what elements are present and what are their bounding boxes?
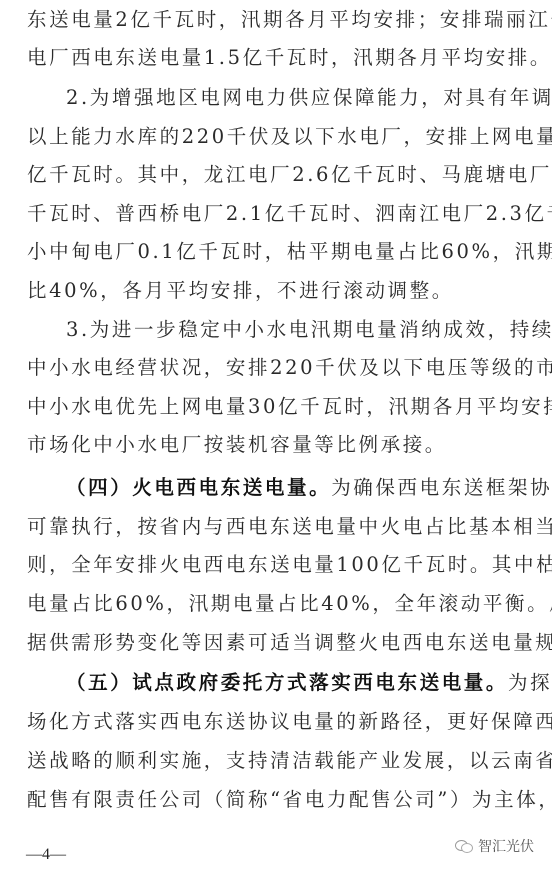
text-line: 东送电量2亿千瓦时，汛期各月平均安排；安排瑞丽江一级 — [27, 8, 523, 32]
text-line: 市场化中小水电厂按装机容量等比例承接。 — [27, 433, 523, 457]
text-line: 中小水电经营状况，安排220千伏及以下电压等级的市场化 — [27, 356, 523, 380]
watermark: 智汇光伏 — [455, 836, 534, 856]
text-line: 则，全年安排火电西电东送电量100亿千瓦时。其中枯平期 — [27, 553, 523, 577]
text-line: 千瓦时、普西桥电厂2.1亿千瓦时、泗南江电厂2.3亿千瓦时、 — [27, 202, 523, 226]
line-text: 3.为进一步稳定中小水电汛期电量消纳成效，持续改善 — [66, 318, 552, 341]
line-text: 中小水电优先上网电量30亿千瓦时，汛期各月平均安排，各 — [27, 395, 552, 418]
section-heading-4: （四）火电西电东送电量。 — [66, 476, 331, 499]
line-text: 小中甸电厂0.1亿千瓦时，枯平期电量占比60%，汛期电量占 — [27, 240, 552, 263]
line-text: 电量占比60%，汛期电量占比40%，全年滚动平衡。后续根 — [27, 592, 552, 615]
line-text: 据供需形势变化等因素可适当调整火电西电东送电量规模。 — [27, 631, 552, 654]
text-line: 配售有限责任公司（简称“省电力配售公司”）为主体，通 — [27, 788, 523, 812]
section-heading-line: （四）火电西电东送电量。为确保西电东送框架协议的 — [66, 476, 523, 500]
text-line: 电厂西电东送电量1.5亿千瓦时，汛期各月平均安排。 — [27, 46, 523, 70]
text-line: 以上能力水库的220千伏及以下水电厂，安排上网电量10.1 — [27, 125, 523, 149]
text-line: 小中甸电厂0.1亿千瓦时，枯平期电量占比60%，汛期电量占 — [27, 240, 523, 264]
line-text: 配售有限责任公司（简称“省电力配售公司”）为主体，通 — [27, 788, 552, 811]
text-line: 场化方式落实西电东送协议电量的新路径，更好保障西电东 — [27, 710, 523, 734]
section-heading-line: （五）试点政府委托方式落实西电东送电量。为探索市 — [66, 671, 523, 695]
text-line: 2.为增强地区电网电力供应保障能力，对具有年调节及 — [66, 86, 523, 110]
line-text: 送战略的顺利实施，支持清洁载能产业发展，以云南省电力 — [27, 749, 552, 772]
text-line: 电量占比60%，汛期电量占比40%，全年滚动平衡。后续根 — [27, 592, 523, 616]
section-heading-5: （五）试点政府委托方式落实西电东送电量。 — [66, 671, 508, 694]
line-text: 中小水电经营状况，安排220千伏及以下电压等级的市场化 — [27, 356, 552, 379]
line-text: 电厂西电东送电量1.5亿千瓦时，汛期各月平均安排。 — [27, 46, 552, 69]
line-text: 为确保西电东送框架协议的 — [331, 476, 552, 499]
line-text: 亿千瓦时。其中，龙江电厂2.6亿千瓦时、马鹿塘电厂3.0亿 — [27, 163, 552, 186]
text-line: 可靠执行，按省内与西电东送电量中火电占比基本相当的原 — [27, 515, 523, 539]
line-text: 比40%，各月平均安排，不进行滚动调整。 — [27, 279, 454, 302]
page-number: —4— — [26, 846, 66, 864]
line-text: 市场化中小水电厂按装机容量等比例承接。 — [27, 433, 447, 456]
line-text: 则，全年安排火电西电东送电量100亿千瓦时。其中枯平期 — [27, 553, 552, 576]
wechat-icon — [455, 839, 473, 853]
text-line: 亿千瓦时。其中，龙江电厂2.6亿千瓦时、马鹿塘电厂3.0亿 — [27, 163, 523, 187]
text-line: 送战略的顺利实施，支持清洁载能产业发展，以云南省电力 — [27, 749, 523, 773]
line-text: 为探索市 — [508, 671, 552, 694]
text-line: 3.为进一步稳定中小水电汛期电量消纳成效，持续改善 — [66, 318, 523, 342]
line-text: 场化方式落实西电东送协议电量的新路径，更好保障西电东 — [27, 710, 552, 733]
text-line: 中小水电优先上网电量30亿千瓦时，汛期各月平均安排，各 — [27, 395, 523, 419]
line-text: 可靠执行，按省内与西电东送电量中火电占比基本相当的原 — [27, 515, 552, 538]
text-line: 据供需形势变化等因素可适当调整火电西电东送电量规模。 — [27, 631, 523, 655]
watermark-text: 智汇光伏 — [478, 836, 534, 856]
text-line: 比40%，各月平均安排，不进行滚动调整。 — [27, 279, 523, 303]
line-text: 千瓦时、普西桥电厂2.1亿千瓦时、泗南江电厂2.3亿千瓦时、 — [27, 202, 552, 225]
line-text: 2.为增强地区电网电力供应保障能力，对具有年调节及 — [66, 86, 552, 109]
document-page: 东送电量2亿千瓦时，汛期各月平均安排；安排瑞丽江一级 电厂西电东送电量1.5亿千… — [0, 0, 552, 878]
line-text: 东送电量2亿千瓦时，汛期各月平均安排；安排瑞丽江一级 — [27, 8, 552, 31]
line-text: 以上能力水库的220千伏及以下水电厂，安排上网电量10.1 — [27, 125, 552, 148]
